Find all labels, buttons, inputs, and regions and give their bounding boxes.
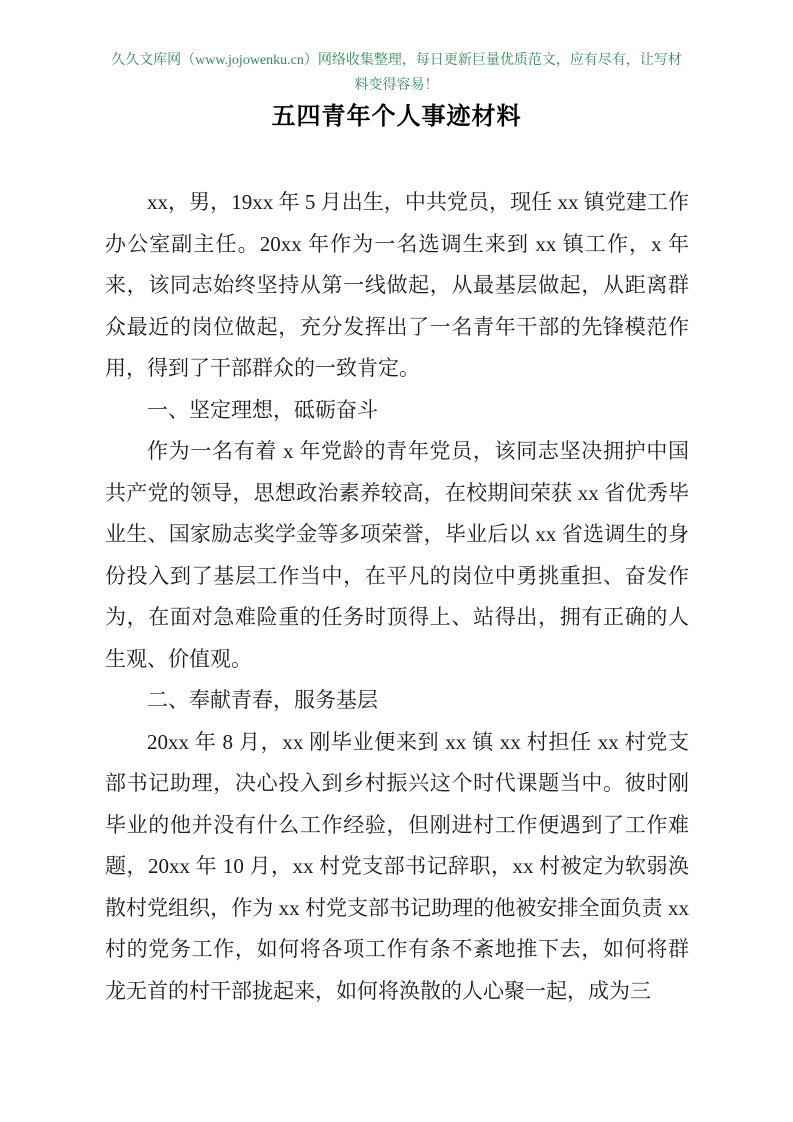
section-heading: 二、奉献青春，服务基层	[105, 680, 689, 722]
document-body: xx，男，19xx 年 5 月出生，中共党员，现任 xx 镇党建工作办公室副主任…	[105, 182, 689, 1012]
paragraph: xx，男，19xx 年 5 月出生，中共党员，现任 xx 镇党建工作办公室副主任…	[105, 182, 689, 390]
page-title: 五四青年个人事迹材料	[0, 100, 793, 134]
section-heading: 一、坚定理想，砥砺奋斗	[105, 390, 689, 432]
header-note-line1: 久久文库网（www.jojowenku.cn）网络收集整理，每日更新巨量优质范文…	[99, 48, 694, 73]
header-note: 久久文库网（www.jojowenku.cn）网络收集整理，每日更新巨量优质范文…	[99, 48, 694, 98]
header-note-line2: 料变得容易！	[99, 73, 694, 98]
document-page: 久久文库网（www.jojowenku.cn）网络收集整理，每日更新巨量优质范文…	[0, 0, 793, 1122]
paragraph: 20xx 年 8 月，xx 刚毕业便来到 xx 镇 xx 村担任 xx 村党支部…	[105, 722, 689, 1013]
paragraph: 作为一名有着 x 年党龄的青年党员，该同志坚决拥护中国共产党的领导，思想政治素养…	[105, 431, 689, 680]
